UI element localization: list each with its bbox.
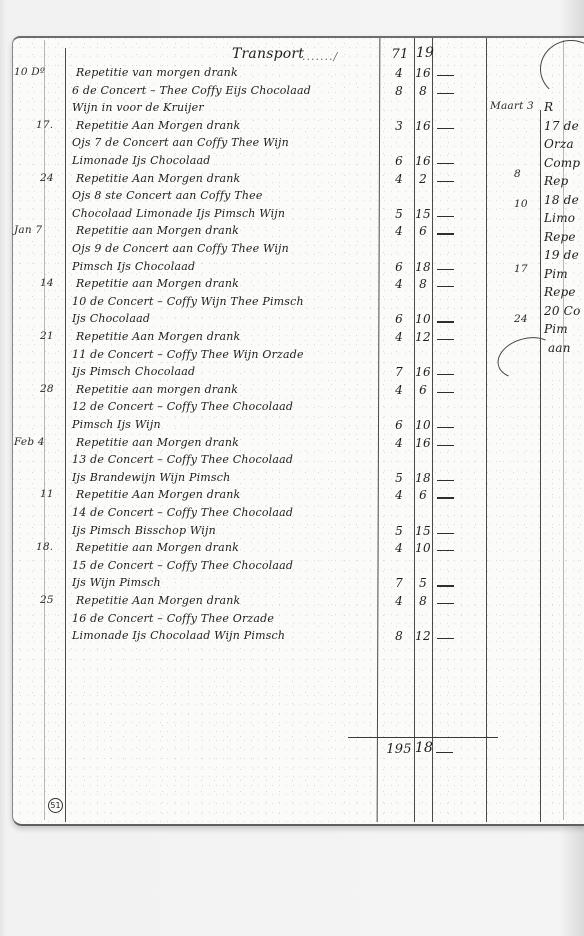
amount-stuivers: 16 bbox=[412, 365, 434, 379]
entry-rehearsal-line: Repetitie aan morgen drank bbox=[76, 383, 238, 396]
amount-dash bbox=[437, 269, 454, 270]
margin-rule bbox=[44, 40, 45, 820]
adjacent-fragment: Rep bbox=[544, 174, 568, 188]
entry-date: 17. bbox=[36, 119, 53, 131]
entry-date: 10 Dº bbox=[14, 66, 45, 78]
amount-guilders: 5 bbox=[388, 471, 410, 485]
entry-concert-line: Pimsch Ijs Chocolaad bbox=[72, 260, 195, 273]
amount-stuivers: 5 bbox=[412, 576, 434, 590]
adjacent-date-rule bbox=[486, 38, 487, 822]
adjacent-fragment: 17 de bbox=[544, 119, 579, 133]
amount-guilders: 6 bbox=[388, 154, 410, 168]
total-guilders: 195 bbox=[384, 742, 414, 757]
amount-stuivers: 15 bbox=[412, 524, 434, 538]
entry-date: 11 bbox=[40, 488, 54, 500]
amount-guilders: 4 bbox=[388, 541, 410, 555]
amount-guilders: 6 bbox=[388, 418, 410, 432]
entry-concert-line: 16 de Concert – Coffy Thee Orzade bbox=[72, 612, 274, 625]
amount-dash bbox=[437, 533, 454, 534]
amount-dash bbox=[437, 163, 454, 164]
amount-guilders: 4 bbox=[388, 66, 410, 80]
amount-stuivers: 6 bbox=[412, 488, 434, 502]
amount-guilders: 4 bbox=[388, 383, 410, 397]
amount-guilders: 4 bbox=[388, 277, 410, 291]
transport-guilders: 71 bbox=[389, 47, 411, 62]
amount-guilders: 5 bbox=[388, 524, 410, 538]
entry-rehearsal-line: Repetitie van morgen drank bbox=[76, 66, 238, 79]
entry-concert-line: Ijs Chocolaad bbox=[72, 312, 150, 325]
total-dash bbox=[436, 752, 453, 753]
adjacent-fragment: R bbox=[544, 100, 553, 114]
entry-concert-line: 15 de Concert – Coffy Thee Chocolaad bbox=[72, 559, 293, 572]
entry-date: Feb 4 bbox=[14, 436, 45, 448]
amount-guilders: 3 bbox=[388, 119, 410, 133]
entry-rehearsal-line: Repetitie Aan Morgen drank bbox=[76, 330, 240, 343]
amount-guilders: 4 bbox=[388, 488, 410, 502]
adjacent-fragment: 20 Co bbox=[544, 304, 581, 318]
entry-rehearsal-line: Repetitie Aan Morgen drank bbox=[76, 488, 240, 501]
entry-concert-line: Limonade Ijs Chocolaad bbox=[72, 154, 210, 167]
entry-rehearsal-line: Repetitie aan Morgen drank bbox=[76, 541, 239, 554]
amount-dash bbox=[437, 638, 454, 639]
amount-guilders: 7 bbox=[388, 576, 410, 590]
entry-rehearsal-line: Repetitie aan Morgen drank bbox=[76, 436, 239, 449]
amount-stuivers: 15 bbox=[412, 207, 434, 221]
entry-concert-line: Wijn in voor de Kruijer bbox=[72, 101, 204, 114]
date-column-rule bbox=[65, 48, 66, 822]
amount-dash bbox=[437, 550, 454, 551]
entry-concert-line: 13 de Concert – Coffy Thee Chocolaad bbox=[72, 453, 293, 466]
total-stuivers: 18 bbox=[413, 740, 435, 756]
entry-concert-line: Ijs Wijn Pimsch bbox=[72, 576, 161, 589]
amount-dash bbox=[437, 216, 454, 217]
entry-concert-line: Ijs Pimsch Chocolaad bbox=[72, 365, 195, 378]
entry-rehearsal-line: Repetitie aan Morgen drank bbox=[76, 224, 239, 237]
amount-dash bbox=[437, 392, 454, 393]
amount-stuivers: 18 bbox=[412, 260, 434, 274]
amount-dash bbox=[437, 445, 454, 446]
amount-guilders: 4 bbox=[388, 224, 410, 238]
entry-date: 24 bbox=[40, 172, 54, 184]
amount-stuivers: 10 bbox=[412, 312, 434, 326]
amount-guilders: 4 bbox=[388, 172, 410, 186]
page-number-badge: 51 bbox=[48, 798, 63, 813]
amount-stuivers: 8 bbox=[412, 84, 434, 98]
amount-guilders: 6 bbox=[388, 260, 410, 274]
amount-dash bbox=[437, 480, 454, 481]
adjacent-fragment: Orza bbox=[544, 137, 574, 151]
entry-concert-line: Ojs 9 de Concert aan Coffy Thee Wijn bbox=[72, 242, 289, 255]
adjacent-fragment: Repe bbox=[544, 230, 576, 244]
amount-stuivers: 18 bbox=[412, 471, 434, 485]
entry-concert-line: Ijs Pimsch Bisschop Wijn bbox=[72, 524, 216, 537]
entry-concert-line: 10 de Concert – Coffy Wijn Thee Pimsch bbox=[72, 295, 304, 308]
entry-concert-line: Chocolaad Limonade Ijs Pimsch Wijn bbox=[72, 207, 285, 220]
entry-date: 25 bbox=[40, 594, 54, 606]
amount-dash bbox=[437, 286, 454, 287]
entry-rehearsal-line: Repetitie aan Morgen drank bbox=[76, 277, 239, 290]
amount-stuivers: 16 bbox=[412, 119, 434, 133]
transport-dots: ......./ bbox=[302, 50, 338, 63]
amount-guilders: 7 bbox=[388, 365, 410, 379]
entry-concert-line: 14 de Concert – Coffy Thee Chocolaad bbox=[72, 506, 293, 519]
amount-dash bbox=[437, 339, 454, 340]
adjacent-date: Maart 3 bbox=[490, 100, 534, 112]
entry-date: 18. bbox=[36, 541, 53, 553]
entry-date: Jan 7 bbox=[14, 224, 42, 236]
entry-rehearsal-line: Repetitie Aan Morgen drank bbox=[76, 594, 240, 607]
adjacent-fragment: 18 de bbox=[544, 193, 579, 207]
entry-concert-line: Ojs 7 de Concert aan Coffy Thee Wijn bbox=[72, 136, 289, 149]
amount-stuivers: 8 bbox=[412, 277, 434, 291]
amount-stuivers: 12 bbox=[412, 629, 434, 643]
amount-dash bbox=[437, 128, 454, 129]
adjacent-fragment: Pim bbox=[544, 322, 568, 336]
adjacent-date: 24 bbox=[514, 313, 528, 325]
amount-dash bbox=[437, 93, 454, 94]
amount-dash bbox=[437, 181, 454, 182]
entry-concert-line: Pimsch Ijs Wijn bbox=[72, 418, 161, 431]
adjacent-fragment: 19 de bbox=[544, 248, 579, 262]
amount-guilders: 8 bbox=[388, 84, 410, 98]
amount-dash bbox=[437, 603, 454, 604]
entry-rehearsal-line: Repetitie Aan Morgen drank bbox=[76, 119, 240, 132]
amount-stuivers: 12 bbox=[412, 330, 434, 344]
amount-dash bbox=[437, 233, 454, 234]
amount-guilders: 4 bbox=[388, 330, 410, 344]
adjacent-fragment: Repe bbox=[544, 285, 576, 299]
amount-guilders: 6 bbox=[388, 312, 410, 326]
amount-guilders: 4 bbox=[388, 436, 410, 450]
entry-concert-line: 6 de Concert – Thee Coffy Eijs Chocolaad bbox=[72, 84, 311, 97]
amount-dash bbox=[437, 497, 454, 498]
entry-rehearsal-line: Repetitie Aan Morgen drank bbox=[76, 172, 240, 185]
amount-stuivers: 6 bbox=[412, 383, 434, 397]
adjacent-date: 8 bbox=[514, 168, 521, 180]
total-rule bbox=[348, 737, 498, 738]
transport-stuivers: 19 bbox=[414, 45, 436, 61]
amount-dash bbox=[437, 75, 454, 76]
amount-dash bbox=[437, 585, 454, 586]
entry-concert-line: 12 de Concert – Coffy Thee Chocolaad bbox=[72, 400, 293, 413]
amount-stuivers: 16 bbox=[412, 66, 434, 80]
adjacent-fragment: Pim bbox=[544, 267, 568, 281]
entry-concert-line: Ojs 8 ste Concert aan Coffy Thee bbox=[72, 189, 263, 202]
adjacent-date: 10 bbox=[514, 198, 528, 210]
adjacent-fragment: Limo bbox=[544, 211, 575, 225]
amount-guilders: 5 bbox=[388, 207, 410, 221]
adjacent-page-rule bbox=[540, 110, 541, 822]
amount-stuivers: 8 bbox=[412, 594, 434, 608]
adjacent-date: 17 bbox=[514, 263, 528, 275]
amount-stuivers: 6 bbox=[412, 224, 434, 238]
entry-concert-line: Limonade Ijs Chocolaad Wijn Pimsch bbox=[72, 629, 285, 642]
adjacent-fragment: Comp bbox=[544, 156, 580, 170]
amount-dash bbox=[437, 427, 454, 428]
entry-concert-line: 11 de Concert – Coffy Thee Wijn Orzade bbox=[72, 348, 304, 361]
amount-dash bbox=[437, 374, 454, 375]
amount-stuivers: 10 bbox=[412, 418, 434, 432]
amount-stuivers: 10 bbox=[412, 541, 434, 555]
amount-dash bbox=[437, 321, 454, 322]
amount-stuivers: 2 bbox=[412, 172, 434, 186]
amount-stuivers: 16 bbox=[412, 436, 434, 450]
amount-guilders: 4 bbox=[388, 594, 410, 608]
entry-date: 28 bbox=[40, 383, 54, 395]
entry-date: 21 bbox=[40, 330, 54, 342]
entry-concert-line: Ijs Brandewijn Wijn Pimsch bbox=[72, 471, 230, 484]
entry-date: 14 bbox=[40, 277, 54, 289]
transport-label: Transport bbox=[232, 46, 304, 62]
amount-guilders: 8 bbox=[388, 629, 410, 643]
amount-stuivers: 16 bbox=[412, 154, 434, 168]
